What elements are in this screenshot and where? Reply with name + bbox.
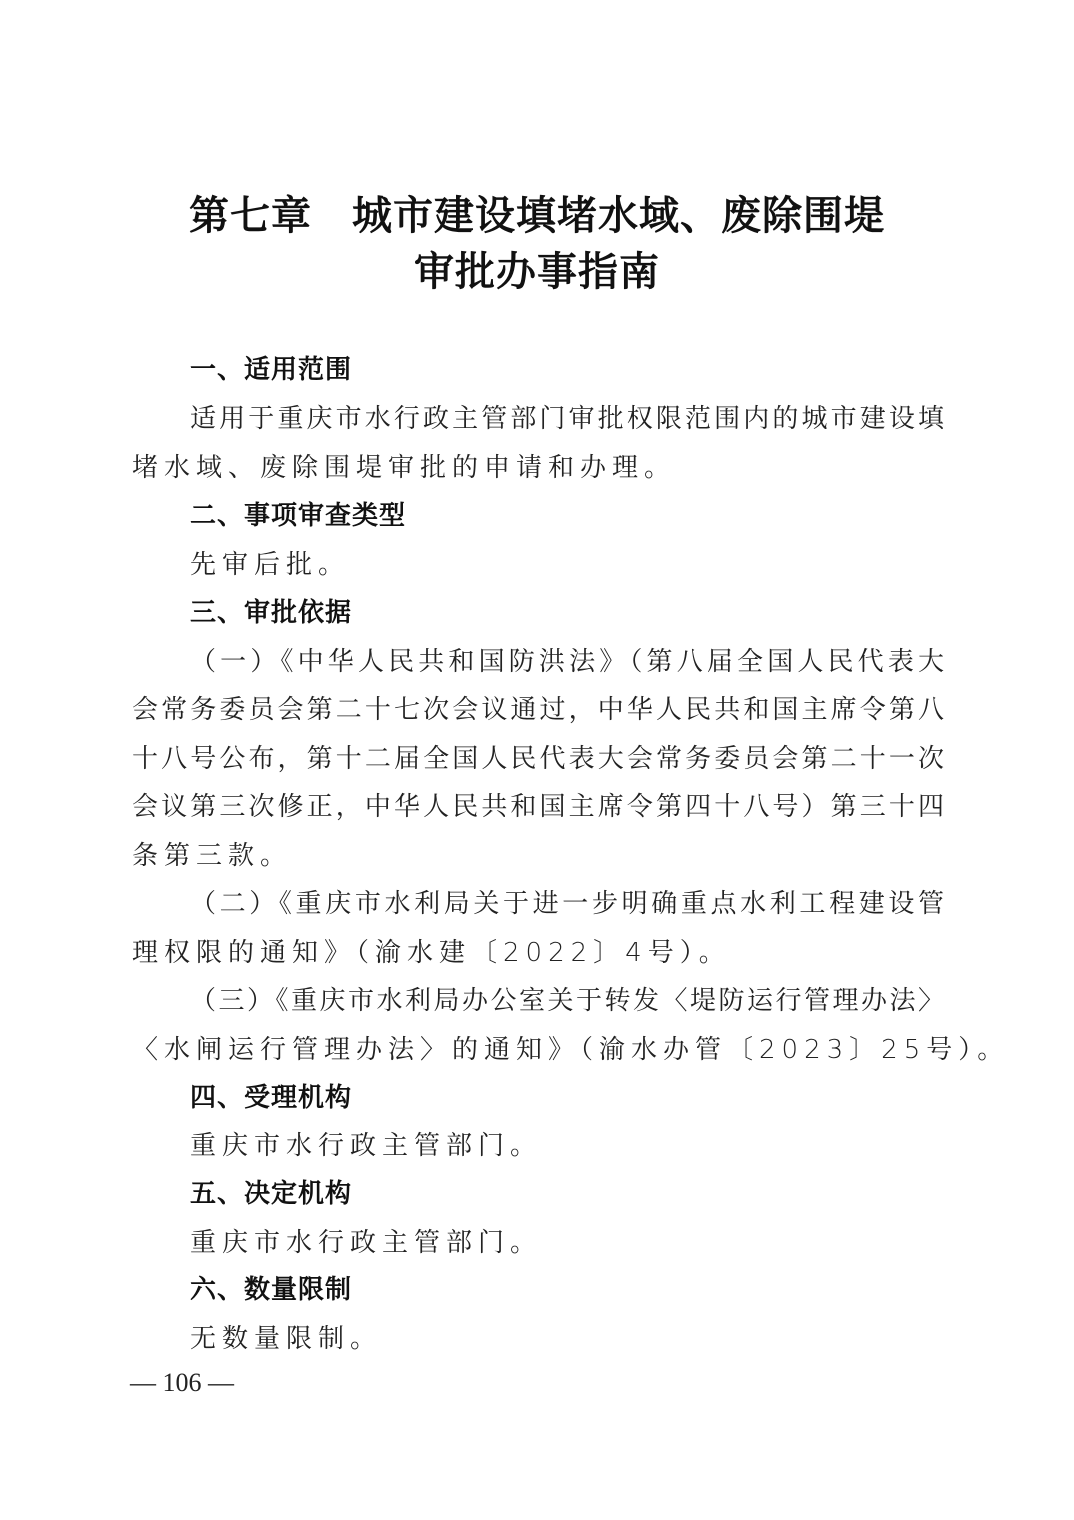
section-heading-quantity-limit: 六、数量限制 (190, 1272, 352, 1308)
section-heading-accepting-agency: 四、受理机构 (190, 1080, 352, 1116)
chapter-title-line-2: 审批办事指南 (0, 240, 1074, 297)
paragraph-line: 会议第三次修正，中华人民共和国主席令第四十八号）第三十四 (132, 789, 944, 825)
legal-basis-item-1: （一）《中华人民共和国防洪法》（第八届全国人民代表大 (190, 644, 944, 680)
paragraph-line: 适用于重庆市水行政主管部门审批权限范围内的城市建设填 (190, 401, 944, 437)
paragraph-line: 无数量限制。 (190, 1321, 944, 1357)
section-heading-review-type: 二、事项审查类型 (190, 498, 406, 534)
section-heading-legal-basis: 三、审批依据 (190, 595, 352, 631)
paragraph-line: 重庆市水行政主管部门。 (190, 1225, 944, 1261)
paragraph-line: 条第三款。 (132, 838, 944, 874)
paragraph-line: 重庆市水行政主管部门。 (190, 1128, 944, 1164)
paragraph-line: 堵水域、废除围堤审批的申请和办理。 (132, 450, 944, 486)
chapter-title-line-1: 第七章城市建设填堵水域、废除围堤 (0, 184, 1074, 241)
paragraph-line: 会常务委员会第二十七次会议通过，中华人民共和国主席令第八 (132, 692, 944, 728)
paragraph-line: 十八号公布，第十二届全国人民代表大会常务委员会第二十一次 (132, 741, 944, 777)
legal-basis-item-2: （二）《重庆市水利局关于进一步明确重点水利工程建设管 (190, 886, 944, 922)
section-heading-deciding-agency: 五、决定机构 (190, 1176, 352, 1212)
chapter-number: 第七章 (189, 192, 312, 239)
legal-basis-item-3: （三）《重庆市水利局办公室关于转发〈堤防运行管理办法〉 (190, 983, 944, 1019)
paragraph-line: 先审后批。 (190, 547, 944, 583)
section-heading-scope: 一、适用范围 (190, 352, 352, 388)
paragraph-line: 〈水闸运行管理办法〉的通知》（渝水办管〔2023〕25号）。 (132, 1032, 944, 1068)
paragraph-line: 理权限的通知》（渝水建〔2022〕4号）。 (132, 935, 944, 971)
page-number: — 106 — (130, 1368, 234, 1398)
chapter-title: 城市建设填堵水域、废除围堤 (352, 192, 885, 239)
